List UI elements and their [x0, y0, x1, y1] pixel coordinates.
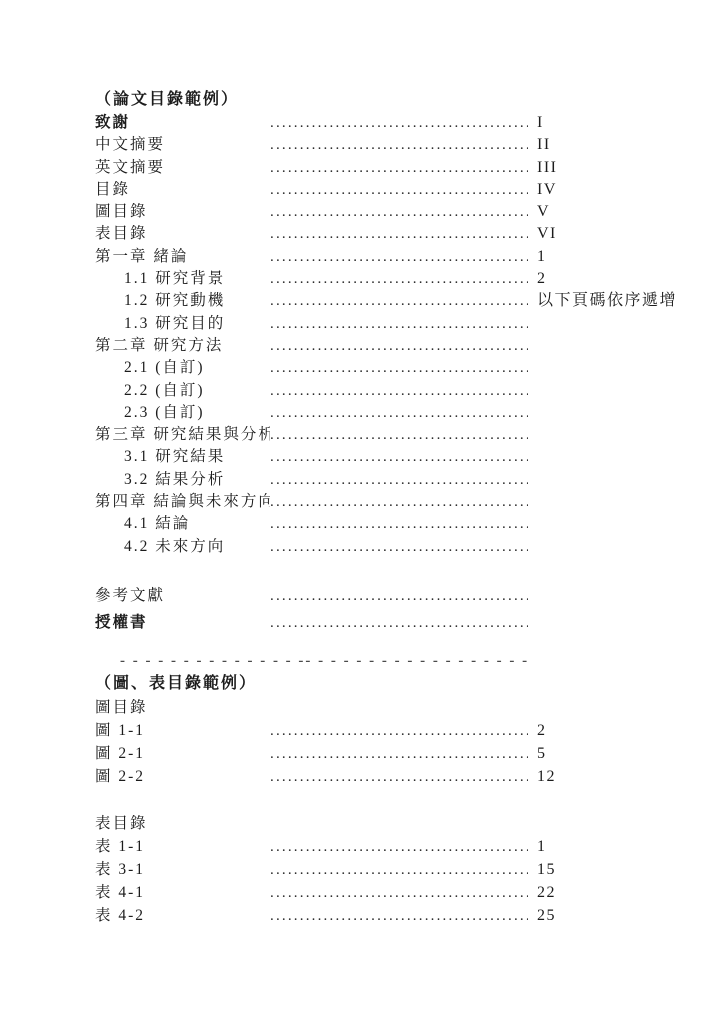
toc-row: 圖目錄.....................................…	[95, 201, 728, 223]
toc-row: 1.3 研究目的................................…	[95, 313, 728, 335]
toc-row: 中文摘要....................................…	[95, 134, 728, 156]
dot-leader: ........................................…	[270, 766, 528, 789]
toc-row-label: 第一章 緒論	[95, 246, 270, 268]
backmatter-list: 參考文獻....................................…	[95, 582, 728, 636]
figure-row-label: 圖 2-1	[95, 742, 270, 765]
table-row-page-number: 25	[537, 904, 556, 927]
toc-row-label: 1.2 研究動機	[95, 290, 270, 312]
dot-leader: ........................................…	[270, 268, 528, 290]
dot-leader: ........................................…	[270, 380, 528, 402]
toc-row-label: 第三章 研究結果與分析	[95, 424, 270, 446]
toc-row-label: 第四章 結論與未來方向	[95, 491, 270, 513]
toc-row: 3.2 結果分析................................…	[95, 469, 728, 491]
toc-row-page-number: 以下頁碼依序遞增	[537, 290, 677, 312]
dot-leader: ........................................…	[270, 446, 528, 468]
dot-leader: ........................................…	[270, 402, 528, 424]
dot-leader: ........................................…	[270, 836, 528, 859]
toc-row: 2.3 (自訂)................................…	[95, 402, 728, 424]
toc-row-page-number: IV	[537, 179, 557, 201]
dot-leader: ........................................…	[270, 357, 528, 379]
toc-row-page-number: 2	[537, 268, 547, 290]
table-row-label: 表 1-1	[95, 835, 270, 858]
table-row-label: 表 4-2	[95, 904, 270, 927]
toc-row-label: 4.2 未來方向	[95, 536, 270, 558]
table-row-page-number: 1	[537, 835, 547, 858]
toc-row-label: 2.2 (自訂)	[95, 380, 270, 402]
toc-row: 致謝......................................…	[95, 112, 728, 134]
figure-row-page-number: 2	[537, 719, 547, 742]
dot-leader: ........................................…	[270, 882, 528, 905]
backmatter-row-label: 授權書	[95, 609, 270, 636]
toc-row: 2.2 (自訂)................................…	[95, 380, 728, 402]
dot-leader: ........................................…	[270, 157, 528, 179]
figure-row: 圖 1-1...................................…	[95, 719, 728, 742]
toc-row-page-number: I	[537, 112, 544, 134]
toc-row-label: 表目錄	[95, 223, 270, 245]
dot-leader: ........................................…	[270, 536, 528, 558]
table-row-page-number: 15	[537, 858, 556, 881]
toc-row: 第三章 研究結果與分析.............................…	[95, 424, 728, 446]
toc-row-page-number: 1	[537, 246, 547, 268]
dot-leader: ........................................…	[270, 491, 528, 513]
toc-row-page-number: II	[537, 134, 551, 156]
dot-leader: ........................................…	[270, 469, 528, 491]
backmatter-row: 授權書.....................................…	[95, 609, 728, 636]
figure-row-label: 圖 2-2	[95, 765, 270, 788]
table-row: 表 3-1...................................…	[95, 858, 728, 881]
dot-leader: ........................................…	[270, 905, 528, 928]
table-row: 表 4-2...................................…	[95, 904, 728, 927]
dot-leader: ........................................…	[270, 246, 528, 268]
toc-row: 2.1 (自訂)................................…	[95, 357, 728, 379]
toc-row-label: 中文摘要	[95, 134, 270, 156]
dot-leader: ........................................…	[270, 424, 528, 446]
figure-row: 圖 2-1...................................…	[95, 742, 728, 765]
toc-list: 致謝......................................…	[95, 112, 728, 558]
toc-row-label: 1.1 研究背景	[95, 268, 270, 290]
table-list: 表 1-1...................................…	[95, 835, 728, 927]
dot-leader: ........................................…	[270, 513, 528, 535]
dot-leader: ........................................…	[270, 179, 528, 201]
dot-leader: ........................................…	[270, 610, 528, 637]
dot-leader: ........................................…	[270, 223, 528, 245]
toc-row-label: 3.1 研究結果	[95, 446, 270, 468]
table-row: 表 1-1...................................…	[95, 835, 728, 858]
backmatter-row-label: 參考文獻	[95, 582, 270, 609]
dot-leader: ........................................…	[270, 201, 528, 223]
dot-leader: ........................................…	[270, 112, 528, 134]
toc-row-page-number: V	[537, 201, 550, 223]
thesis-toc-example-title: （論文目錄範例）	[95, 88, 728, 112]
dot-leader: ........................................…	[270, 743, 528, 766]
toc-row-label: 致謝	[95, 112, 270, 134]
document-page: （論文目錄範例） 致謝.............................…	[0, 0, 728, 1030]
toc-row-label: 2.1 (自訂)	[95, 357, 270, 379]
dot-leader: ........................................…	[270, 313, 528, 335]
toc-row: 3.1 研究結果................................…	[95, 446, 728, 468]
toc-row-label: 4.1 結論	[95, 513, 270, 535]
table-row-label: 表 4-1	[95, 881, 270, 904]
figure-list-heading: 圖目錄	[95, 697, 728, 719]
toc-row-label: 2.3 (自訂)	[95, 402, 270, 424]
table-list-heading: 表目錄	[95, 813, 728, 835]
toc-row: 1.1 研究背景................................…	[95, 268, 728, 290]
toc-row-page-number: VI	[537, 223, 557, 245]
toc-row-label: 目錄	[95, 179, 270, 201]
toc-row: 英文摘要....................................…	[95, 157, 728, 179]
table-row: 表 4-1...................................…	[95, 881, 728, 904]
table-row-page-number: 22	[537, 881, 556, 904]
toc-row-label: 3.2 結果分析	[95, 469, 270, 491]
toc-row-label: 英文摘要	[95, 157, 270, 179]
dot-leader: ........................................…	[270, 335, 528, 357]
dot-leader: ........................................…	[270, 859, 528, 882]
dot-leader: ........................................…	[270, 134, 528, 156]
figure-row-page-number: 12	[537, 765, 556, 788]
table-row-label: 表 3-1	[95, 858, 270, 881]
toc-row: 4.1 結論..................................…	[95, 513, 728, 535]
toc-row: 第二章 研究方法................................…	[95, 335, 728, 357]
backmatter-row: 參考文獻....................................…	[95, 582, 728, 609]
toc-row-label: 第二章 研究方法	[95, 335, 270, 357]
toc-row: 目錄......................................…	[95, 179, 728, 201]
toc-row: 表目錄.....................................…	[95, 223, 728, 245]
dot-leader: ........................................…	[270, 290, 528, 312]
dot-leader: ........................................…	[270, 583, 528, 610]
toc-row: 第四章 結論與未來方向.............................…	[95, 491, 728, 513]
figure-list: 圖 1-1...................................…	[95, 719, 728, 788]
toc-row: 4.2 未來方向................................…	[95, 536, 728, 558]
figure-table-example-title: （圖、表目錄範例）	[95, 672, 728, 696]
toc-row: 第一章 緒論..................................…	[95, 246, 728, 268]
toc-row-page-number: III	[537, 157, 557, 179]
toc-row-label: 1.3 研究目的	[95, 313, 270, 335]
toc-row-label: 圖目錄	[95, 201, 270, 223]
figure-row-page-number: 5	[537, 742, 547, 765]
toc-row: 1.2 研究動機................................…	[95, 290, 728, 312]
figure-row-label: 圖 1-1	[95, 719, 270, 742]
dot-leader: ........................................…	[270, 720, 528, 743]
dashed-separator-line: - - - - - - - - - - - - - - -- - - - - -…	[95, 651, 728, 672]
figure-row: 圖 2-2...................................…	[95, 765, 728, 788]
